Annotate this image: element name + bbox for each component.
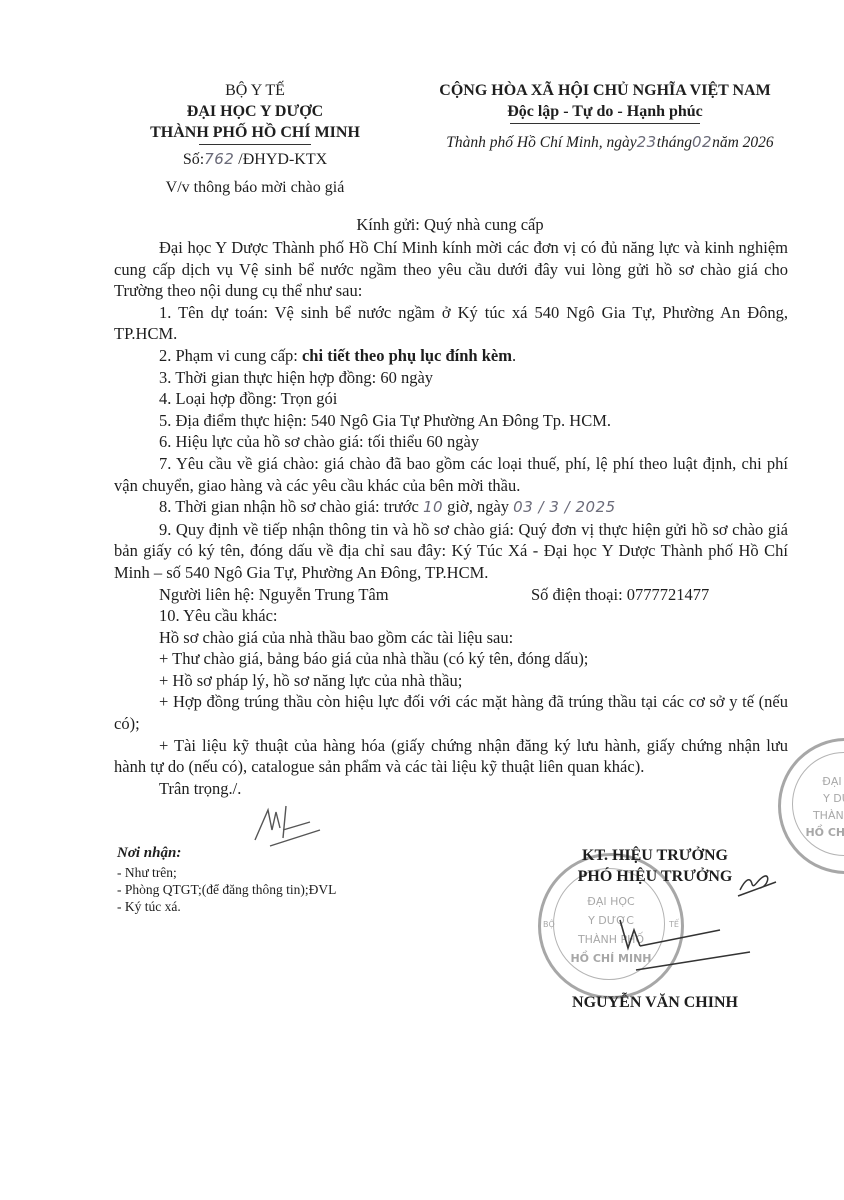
- ministry-name: BỘ Y TẾ: [110, 80, 400, 101]
- document-body: Đại học Y Dược Thành phố Hồ Chí Minh kín…: [114, 237, 788, 799]
- reference-number: Số:762 /ĐHYD-KTX: [110, 149, 400, 170]
- item-3: 3. Thời gian thực hiện hợp đồng: 60 ngày: [114, 367, 788, 389]
- item-9: 9. Quy định về tiếp nhận thông tin và hồ…: [114, 519, 788, 584]
- item-1: 1. Tên dự toán: Vệ sinh bể nước ngầm ở K…: [114, 302, 788, 345]
- item-5: 5. Địa điểm thực hiện: 540 Ngô Gia Tự Ph…: [114, 410, 788, 432]
- item-2: 2. Phạm vi cung cấp: chi tiết theo phụ l…: [114, 345, 788, 367]
- issuer-header: BỘ Y TẾ ĐẠI HỌC Y DƯỢC THÀNH PHỐ HỒ CHÍ …: [110, 80, 400, 198]
- university-name-line2: THÀNH PHỐ HỒ CHÍ MINH: [110, 122, 400, 143]
- item-10-d: + Tài liệu kỹ thuật của hàng hóa (giấy c…: [114, 735, 788, 778]
- nation-name: CỘNG HÒA XÃ HỘI CHỦ NGHĨA VIỆT NAM: [410, 80, 800, 101]
- contact-phone: Số điện thoại: 0777721477: [531, 584, 709, 606]
- national-motto: Độc lập - Tự do - Hạnh phúc: [507, 101, 703, 122]
- item-10-intro: Hồ sơ chào giá của nhà thầu bao gồm các …: [114, 627, 788, 649]
- recipient-item: - Như trên;: [117, 864, 336, 881]
- item-10-b: + Hồ sơ pháp lý, hồ sơ năng lực của nhà …: [114, 670, 788, 692]
- item-10-a: + Thư chào giá, bảng báo giá của nhà thầ…: [114, 648, 788, 670]
- contact-person: Người liên hệ: Nguyễn Trung Tâm: [159, 584, 531, 606]
- item-6: 6. Hiệu lực của hồ sơ chào giá: tối thiể…: [114, 431, 788, 453]
- handwritten-hour: 10: [423, 498, 443, 516]
- handwritten-signature-icon: [600, 860, 780, 1000]
- national-header: CỘNG HÒA XÃ HỘI CHỦ NGHĨA VIỆT NAM Độc l…: [410, 80, 800, 124]
- date-line: Thành phố Hồ Chí Minh, ngày23tháng02năm …: [420, 133, 800, 152]
- handwritten-month: 02: [692, 133, 712, 151]
- item-4: 4. Loại hợp đồng: Trọn gói: [114, 388, 788, 410]
- handwritten-deadline-date: 03 / 3 / 2025: [513, 498, 615, 516]
- greeting: Kính gửi: Quý nhà cung cấp: [100, 215, 800, 235]
- recipients-title: Nơi nhận:: [117, 845, 336, 862]
- item-10: 10. Yêu cầu khác:: [114, 605, 788, 627]
- item-10-c: + Hợp đồng trúng thầu còn hiệu lực đối v…: [114, 691, 788, 734]
- handwritten-day: 23: [637, 133, 657, 151]
- motto-divider: [510, 123, 700, 124]
- item-8: 8. Thời gian nhận hồ sơ chào giá: trước …: [114, 496, 788, 519]
- header-divider: [199, 144, 311, 145]
- closing: Trân trọng./.: [114, 778, 788, 800]
- university-name-line1: ĐẠI HỌC Y DƯỢC: [110, 101, 400, 122]
- recipient-item: - Phòng QTGT;(để đăng thông tin);ĐVL: [117, 881, 336, 898]
- subject-line: V/v thông báo mời chào giá: [110, 177, 400, 198]
- handwritten-ref-number: 762: [204, 150, 234, 168]
- item-7: 7. Yêu cầu về giá chào: giá chào đã bao …: [114, 453, 788, 496]
- contact-row: Người liên hệ: Nguyễn Trung Tâm Số điện …: [114, 584, 788, 606]
- initials-signature-icon: [250, 800, 330, 850]
- recipient-item: - Ký túc xá.: [117, 898, 336, 915]
- signatory-name: NGUYỄN VĂN CHINH: [530, 994, 780, 1012]
- intro-paragraph: Đại học Y Dược Thành phố Hồ Chí Minh kín…: [114, 237, 788, 302]
- recipients-block: Nơi nhận: - Như trên; - Phòng QTGT;(để đ…: [117, 845, 336, 915]
